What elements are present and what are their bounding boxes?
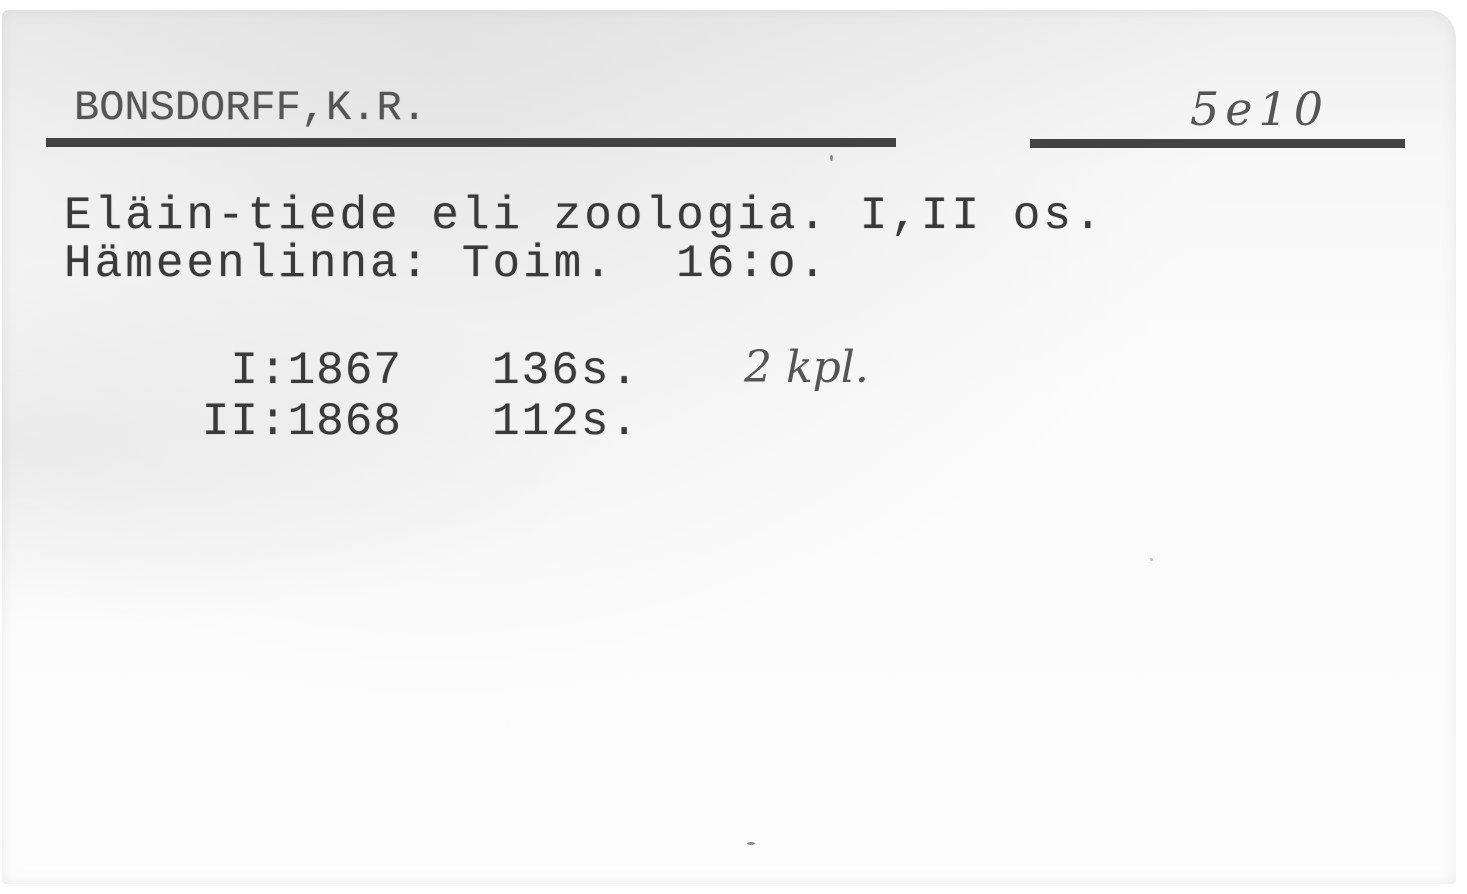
title-statement: Eläin-tiede eli zoologia. I,II os.	[64, 190, 1105, 242]
volume-pages: 136s.	[492, 345, 640, 397]
shelfmark-rule	[1030, 139, 1405, 148]
catalog-card: BONSDORFF,K.R. 5e10 Eläin-tiede eli zool…	[2, 10, 1456, 884]
author-heading: BONSDORFF,K.R.	[74, 84, 427, 132]
volume-year: II:1868	[2, 396, 402, 448]
volume-year: I:1867	[2, 345, 402, 397]
heading-rule	[46, 138, 896, 147]
paper-speck	[830, 155, 833, 161]
volume-pages: 112s.	[492, 396, 640, 448]
paper-speck	[747, 842, 755, 845]
imprint-statement: Hämeenlinna: Toim. 16:o.	[64, 238, 829, 290]
shelfmark-handwritten: 5e10	[1190, 82, 1329, 136]
copies-note-handwritten: 2 kpl.	[744, 342, 869, 393]
paper-speck	[1150, 558, 1153, 561]
